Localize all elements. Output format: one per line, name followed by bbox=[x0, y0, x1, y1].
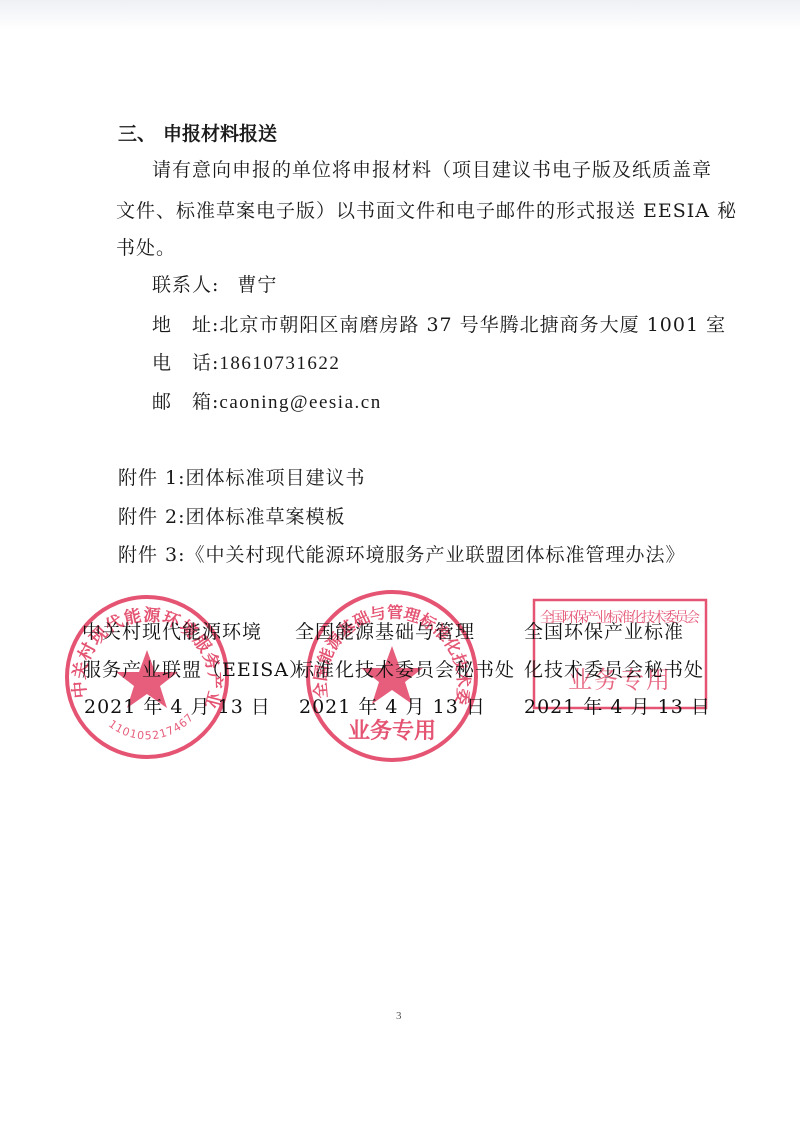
signature-3-date: 2021 年 4 月 13 日 bbox=[524, 695, 711, 719]
scan-top-shadow bbox=[0, 0, 800, 30]
signature-2-org-line1: 全国能源基础与管理 bbox=[295, 620, 475, 644]
paragraph-line-3: 书处。 bbox=[116, 236, 176, 260]
contact-address-value: 北京市朝阳区南磨房路 37 号华腾北搪商务大厦 1001 室 bbox=[219, 314, 726, 336]
signature-3-org-line2: 化技术委员会秘书处 bbox=[524, 658, 704, 682]
contact-address-label: 地 址: bbox=[152, 314, 219, 336]
seal-business-use: 业务专用 bbox=[348, 718, 436, 744]
attachment-1-title: 团体标准项目建议书 bbox=[186, 467, 366, 489]
contact-email-link[interactable]: caoning@eesia.cn bbox=[219, 392, 381, 413]
signature-1-date: 2021 年 4 月 13 日 bbox=[84, 695, 271, 719]
rect-stamp-env-committee: 全国环保产业标准化技术委员会 业务专用 bbox=[532, 598, 708, 710]
attachment-3-label: 附件 3: bbox=[118, 544, 186, 566]
page-number: 3 bbox=[396, 1010, 402, 1022]
svg-text:全国能源基础与管理标准化技术委员会: 全国能源基础与管理标准化技术委员会 bbox=[304, 588, 473, 706]
section-number: 三、 bbox=[118, 122, 163, 146]
contact-person-label: 联系人: bbox=[152, 274, 219, 296]
signature-1-org-line2: 服务产业联盟（EEISA） bbox=[82, 658, 309, 682]
attachment-3-title: 《中关村现代能源环境服务产业联盟团体标准管理办法》 bbox=[186, 544, 686, 566]
signature-1-org-line1: 中关村现代能源环境 bbox=[82, 620, 262, 644]
contact-person-value: 曹宁 bbox=[237, 274, 277, 296]
seal-text: 中关村现代能源环境服务产业联盟 bbox=[62, 592, 225, 712]
signature-2-org-line2: 标准化技术委员会秘书处 bbox=[295, 658, 515, 682]
seal-text: 全国能源基础与管理标准化技术委员会 bbox=[304, 588, 473, 706]
contact-phone: 电 话:18610731622 bbox=[152, 351, 340, 376]
svg-text:中关村现代能源环境服务产业联盟: 中关村现代能源环境服务产业联盟 bbox=[62, 592, 225, 712]
attachment-3: 附件 3:《中关村现代能源环境服务产业联盟团体标准管理办法》 bbox=[118, 543, 686, 567]
paragraph-line-2: 文件、标准草案电子版）以书面文件和电子邮件的形式报送 EESIA 秘 bbox=[116, 199, 682, 223]
contact-phone-label: 电 话: bbox=[152, 352, 219, 374]
signature-3-org-line1: 全国环保产业标准 bbox=[524, 620, 684, 644]
paragraph-line-1: 请有意向申报的单位将申报材料（项目建议书电子版及纸质盖章 bbox=[152, 158, 684, 182]
attachment-2-label: 附件 2: bbox=[118, 506, 186, 528]
section-title: 申报材料报送 bbox=[163, 123, 277, 145]
contact-person: 联系人:曹宁 bbox=[152, 273, 277, 297]
contact-phone-value: 18610731622 bbox=[219, 353, 340, 374]
section-heading: 三、申报材料报送 bbox=[118, 122, 277, 146]
attachment-2: 附件 2:团体标准草案模板 bbox=[118, 505, 346, 529]
contact-address: 地 址:北京市朝阳区南磨房路 37 号华腾北搪商务大厦 1001 室 bbox=[152, 313, 726, 337]
attachment-1-label: 附件 1: bbox=[118, 467, 186, 489]
signature-2-date: 2021 年 4 月 13 日 bbox=[299, 695, 486, 719]
attachment-2-title: 团体标准草案模板 bbox=[186, 506, 346, 528]
contact-email: 邮 箱:caoning@eesia.cn bbox=[152, 390, 382, 415]
attachment-1: 附件 1:团体标准项目建议书 bbox=[118, 466, 366, 490]
contact-email-label: 邮 箱: bbox=[152, 391, 219, 413]
